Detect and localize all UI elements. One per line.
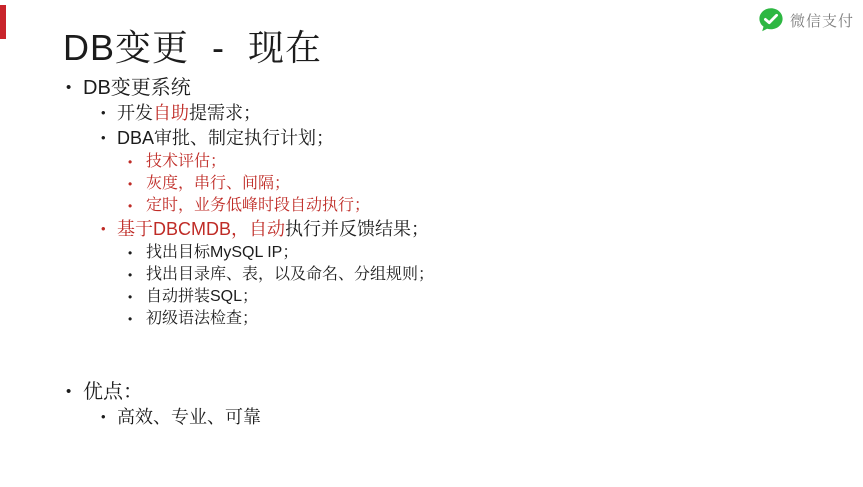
- bullet-line-find-db-table-rules: • 找出目录库、表，以及命名、分组规则；: [64, 265, 847, 285]
- bullet-icon: •: [128, 309, 132, 329]
- line-text-red: 自助: [153, 103, 189, 123]
- bullet-icon: •: [66, 76, 71, 100]
- bullet-icon: •: [128, 152, 132, 172]
- bullet-line-self-service-request: • 开发自助提需求；: [64, 102, 847, 124]
- bullet-line-auto-assemble-sql: • 自动拼装SQL；: [64, 287, 847, 307]
- line-text: DB变更系统: [83, 77, 191, 99]
- line-text: 提需求；: [189, 103, 261, 123]
- slide: DB变更 - 现在 微信支付 • DB变更系统 • 开发自助提需求； • DBA…: [0, 0, 863, 487]
- bullet-line-scheduled-offpeak: • 定时，业务低峰时段自动执行；: [64, 196, 847, 216]
- line-text: 高效、专业、可靠: [117, 407, 261, 427]
- line-text-red: 基于DBCMDB，自动: [117, 219, 285, 239]
- page-title: DB变更 - 现在: [63, 20, 322, 71]
- line-text-red: 技术评估；: [146, 153, 226, 170]
- bullet-icon: •: [66, 380, 71, 404]
- bullet-icon: •: [101, 102, 106, 124]
- bullet-icon: •: [128, 243, 132, 263]
- wechat-pay-label: 微信支付: [790, 10, 854, 31]
- bullet-icon: •: [101, 218, 106, 240]
- wechat-bubble-icon: [758, 7, 784, 33]
- line-text: 找出目录库、表，以及命名、分组规则；: [146, 266, 434, 283]
- bullet-icon: •: [128, 196, 132, 216]
- accent-bar: [0, 5, 6, 39]
- bullet-line-efficient-professional-reliable: • 高效、专业、可靠: [64, 406, 847, 428]
- bullet-line-advantages: • 优点：: [64, 380, 847, 404]
- bullet-line-dbcmdb-auto-execute: • 基于DBCMDB，自动执行并反馈结果；: [64, 218, 847, 240]
- line-text: 自动拼装SQL；: [146, 288, 258, 305]
- bullet-line-basic-syntax-check: • 初级语法检查；: [64, 309, 847, 329]
- line-text: 开发: [117, 103, 153, 123]
- bullet-line-tech-evaluation: • 技术评估；: [64, 152, 847, 172]
- bullet-icon: •: [128, 174, 132, 194]
- bullet-outline: • DB变更系统 • 开发自助提需求； • DBA审批、制定执行计划； • 技术…: [64, 76, 847, 431]
- wechat-pay-logo: 微信支付: [758, 7, 854, 33]
- bullet-icon: •: [101, 406, 106, 428]
- bullet-line-find-mysql-ip: • 找出目标MySQL IP；: [64, 243, 847, 263]
- line-text: 优点：: [83, 381, 143, 403]
- line-text-red: 灰度，串行、间隔；: [146, 175, 290, 192]
- bullet-icon: •: [128, 287, 132, 307]
- line-text: 找出目标MySQL IP；: [146, 244, 298, 261]
- line-text-red: 定时，业务低峰时段自动执行；: [146, 197, 370, 214]
- line-text: 执行并反馈结果；: [285, 219, 429, 239]
- line-text: DBA审批、制定执行计划；: [117, 128, 334, 148]
- bullet-icon: •: [128, 265, 132, 285]
- bullet-line-dba-approval: • DBA审批、制定执行计划；: [64, 127, 847, 149]
- bullet-line-db-change-system: • DB变更系统: [64, 76, 847, 100]
- bullet-line-gray-serial-interval: • 灰度，串行、间隔；: [64, 174, 847, 194]
- bullet-icon: •: [101, 127, 106, 149]
- line-text: 初级语法检查；: [146, 310, 258, 327]
